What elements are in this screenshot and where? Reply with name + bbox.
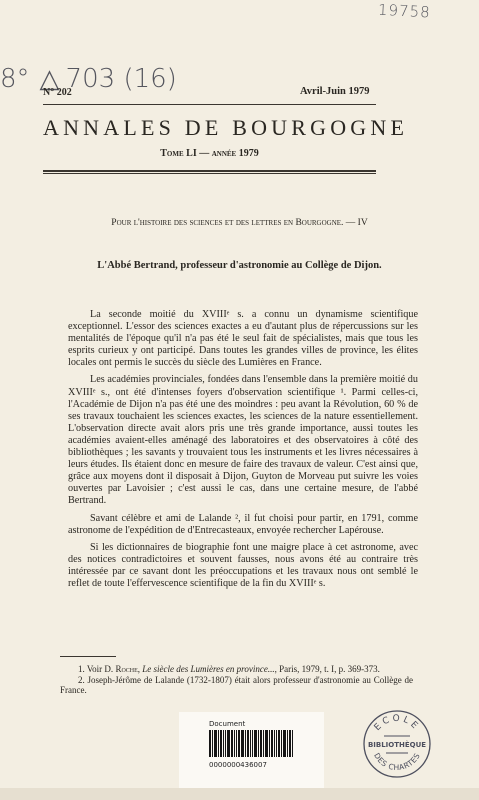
handwritten-shelfmark: 8°△703 (16) <box>0 64 177 94</box>
header-rule <box>43 104 376 105</box>
issue-number: N° 202 <box>43 87 72 98</box>
svg-text:BIBLIOTHÈQUE: BIBLIOTHÈQUE <box>368 740 426 749</box>
barcode-number: 0000000436007 <box>209 761 267 769</box>
shelfmark-prefix: 8° <box>0 64 30 94</box>
double-rule-bottom <box>43 173 376 174</box>
barcode-label: Document 0000000436007 <box>179 712 324 789</box>
footnotes: 1. Voir D. Roche, Le siècle des Lumières… <box>60 664 413 696</box>
shelfmark-number: 703 <box>66 64 116 94</box>
footnote-1: 1. Voir D. Roche, Le siècle des Lumières… <box>60 664 413 675</box>
footnote-rule <box>60 656 116 657</box>
scanned-page: 19758 8°△703 (16) N° 202 Avril-Juin 1979… <box>0 0 479 800</box>
paragraph: Les académies provinciales, fondées dans… <box>68 374 418 507</box>
issue-date: Avril-Juin 1979 <box>300 86 370 97</box>
journal-title: ANNALES DE BOURGOGNE <box>43 115 376 141</box>
barcode-icon <box>209 730 315 757</box>
page-edge <box>0 788 479 800</box>
svg-text:DES CHARTES: DES CHARTES <box>372 751 422 772</box>
paragraph: Savant célèbre et ami de Lalande ², il f… <box>68 513 418 537</box>
footnote-2: 2. Joseph-Jérôme de Lalande (1732-1807) … <box>60 675 413 696</box>
svg-text:ECOLE: ECOLE <box>373 714 422 733</box>
paragraph: Si les dictionnaires de biographie font … <box>68 542 418 590</box>
barcode-caption: Document <box>209 720 245 728</box>
paragraph: La seconde moitié du XVIIIᵉ s. a connu u… <box>68 309 418 369</box>
double-rule-top <box>43 170 376 172</box>
article-title: L'Abbé Bertrand, professeur d'astronomie… <box>0 260 479 271</box>
handwritten-number: 19758 <box>378 1 432 22</box>
series-heading: Pour l'histoire des sciences et des lett… <box>0 218 479 228</box>
shelfmark-volume: (16) <box>123 64 176 94</box>
journal-tome: Tome LI — année 1979 <box>43 148 376 159</box>
library-stamp-icon: ECOLE BIBLIOTHÈQUE DES CHARTES <box>362 709 432 779</box>
article-body: La seconde moitié du XVIIIᵉ s. a connu u… <box>68 309 418 595</box>
